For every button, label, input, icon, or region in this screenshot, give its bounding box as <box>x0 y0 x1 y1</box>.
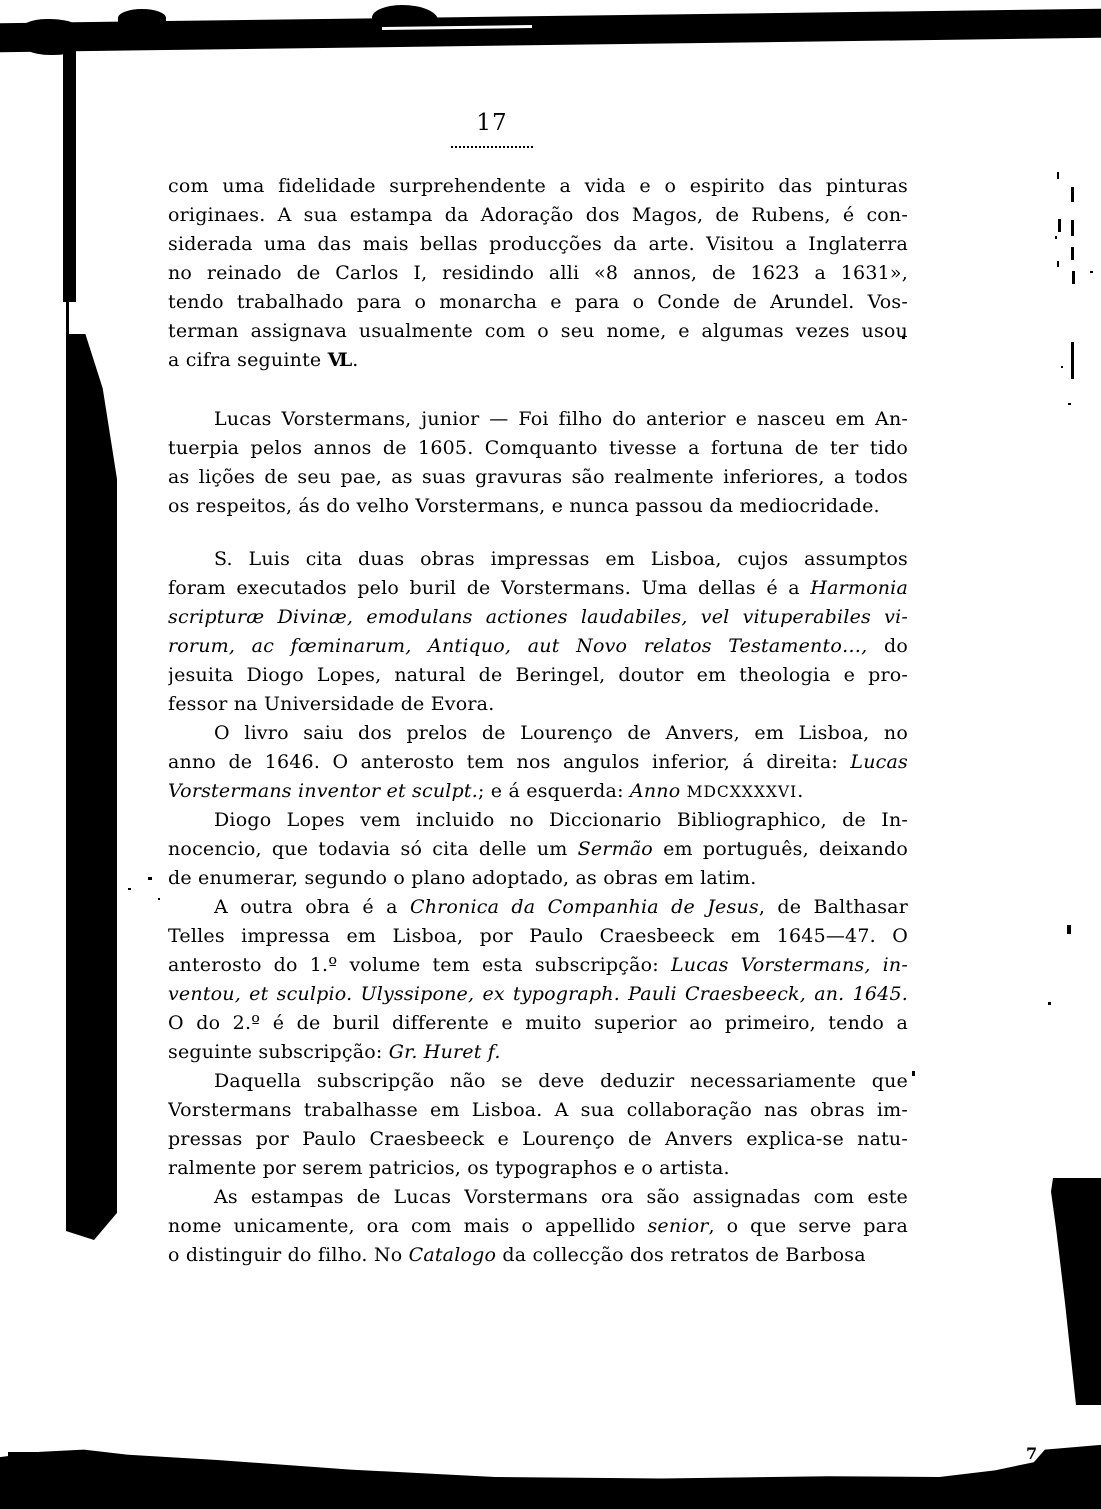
text-line: jesuita Diogo Lopes, natural de Beringel… <box>168 661 908 690</box>
ink-speck <box>148 877 152 880</box>
ink-speck <box>1071 247 1074 260</box>
ink-speck <box>1055 236 1057 239</box>
paragraph: A outra obra é a Chronica da Companhia d… <box>168 893 908 1067</box>
text-line: rorum, ac fœminarum, Antiquo, aut Novo r… <box>168 632 908 661</box>
text-line: de enumerar, segundo o plano adoptado, a… <box>168 864 908 893</box>
text-line: ralmente por serem patricios, os typogra… <box>168 1154 908 1183</box>
ink-speck <box>1071 220 1074 236</box>
text-line: tendo trabalhado para o monarcha e para … <box>168 288 908 317</box>
text-line: Daquella subscripção não se deve deduzir… <box>168 1067 908 1096</box>
text-line: Telles impressa em Lisboa, por Paulo Cra… <box>168 922 908 951</box>
text-line: O do 2.º é de buril differente e muito s… <box>168 1009 908 1038</box>
paragraph: Daquella subscripção não se deve deduzir… <box>168 1067 908 1183</box>
ink-speck <box>1058 219 1061 232</box>
scan-bump-top-1 <box>118 9 166 27</box>
scan-border-bottom <box>0 1440 1101 1509</box>
scanned-book-page: 17 com uma fidelidade surprehendente a v… <box>0 0 1101 1509</box>
text-line: S. Luis cita duas obras impressas em Lis… <box>168 545 908 574</box>
paragraph: As estampas de Lucas Vorstermans ora são… <box>168 1183 908 1270</box>
ink-speck <box>128 888 131 890</box>
body-text: com uma fidelidade surprehendente a vida… <box>168 172 908 1270</box>
scan-border-left-hairline <box>66 298 69 338</box>
paragraph: Diogo Lopes vem incluido no Diccionario … <box>168 806 908 893</box>
text-line: anno de 1646. O anterosto tem nos angulo… <box>168 748 908 777</box>
text-line: Lucas Vorstermans, junior — Foi filho do… <box>168 405 908 434</box>
text-line: o distinguir do filho. No Catalogo da co… <box>168 1241 908 1270</box>
ink-speck <box>1048 1002 1051 1005</box>
text-line: no reinado de Carlos I, residindo alli «… <box>168 259 908 288</box>
ink-speck <box>8 1452 38 1458</box>
ink-speck <box>42 1460 67 1465</box>
ink-speck <box>1057 261 1059 267</box>
text-line: pressas por Paulo Craesbeeck e Lourenço … <box>168 1125 908 1154</box>
scan-border-left-band <box>66 334 117 1240</box>
text-line: seguinte subscripção: Gr. Huret f. <box>168 1038 908 1067</box>
text-line: O livro saiu dos prelos de Lourenço de A… <box>168 719 908 748</box>
ink-speck <box>1090 271 1093 273</box>
paragraph: S. Luis cita duas obras impressas em Lis… <box>168 545 908 719</box>
ink-speck <box>1068 403 1071 405</box>
text-line: as lições de seu pae, as suas gravuras s… <box>168 463 908 492</box>
page-number: 17 <box>452 110 532 136</box>
page-number-rule <box>451 146 533 148</box>
paragraph: Lucas Vorstermans, junior — Foi filho do… <box>168 405 908 521</box>
text-line: A outra obra é a Chronica da Companhia d… <box>168 893 908 922</box>
scan-border-left-line <box>63 40 76 302</box>
text-line: tuerpia pelos annos de 1605. Comquanto t… <box>168 434 908 463</box>
text-line: os respeitos, ás do velho Vorstermans, e… <box>168 492 908 521</box>
text-line: originaes. A sua estampa da Adoração dos… <box>168 201 908 230</box>
text-line: ventou, et sculpio. Ulyssipone, ex typog… <box>168 980 908 1009</box>
text-line: terman assignava usualmente com o seu no… <box>168 317 908 346</box>
text-line: nome unicamente, ora com mais o appellid… <box>168 1212 908 1241</box>
ink-speck <box>912 1071 915 1076</box>
scan-border-right-block <box>1051 1178 1101 1405</box>
text-line: anterosto do 1.º volume tem esta subscri… <box>168 951 908 980</box>
text-line: fessor na Universidade de Evora. <box>168 690 908 719</box>
text-line: Vorstermans inventor et sculpt.; e á esq… <box>168 777 908 806</box>
ink-speck <box>1071 187 1074 202</box>
text-line: scripturæ Divinæ, emodulans actiones lau… <box>168 603 908 632</box>
ink-speck <box>1071 342 1074 379</box>
scan-blob-top-left <box>16 19 88 55</box>
ink-speck <box>1057 172 1059 179</box>
corner-numeral: 7 <box>1026 1444 1037 1463</box>
ink-speck <box>902 336 905 339</box>
text-line: foram executados pelo buril de Vorsterma… <box>168 574 908 603</box>
ink-speck <box>158 898 160 900</box>
text-line: As estampas de Lucas Vorstermans ora são… <box>168 1183 908 1212</box>
ink-speck <box>1061 366 1063 368</box>
paragraph: com uma fidelidade surprehendente a vida… <box>168 172 908 375</box>
text-line: Vorstermans trabalhasse em Lisboa. A sua… <box>168 1096 908 1125</box>
text-line: siderada uma das mais bellas producções … <box>168 230 908 259</box>
paragraph: O livro saiu dos prelos de Lourenço de A… <box>168 719 908 806</box>
text-line: com uma fidelidade surprehendente a vida… <box>168 172 908 201</box>
text-line: nocencio, que todavia só cita delle um S… <box>168 835 908 864</box>
text-line: Diogo Lopes vem incluido no Diccionario … <box>168 806 908 835</box>
ink-speck <box>1067 925 1071 934</box>
text-line: a cifra seguinte VL. <box>168 346 908 375</box>
ink-speck <box>1072 271 1075 284</box>
